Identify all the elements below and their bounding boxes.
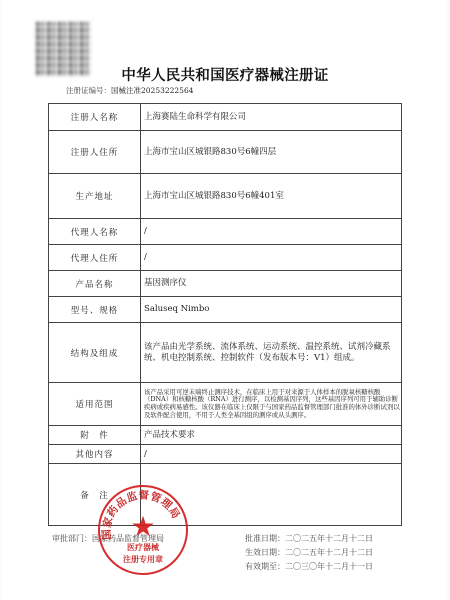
row-value: 该产品采用可逆末端终止测序技术，在临床上用于对来源于人体样本的脱氧核糖核酸（DN…: [141, 383, 402, 426]
expiry-date-label: 有效期至：: [245, 562, 285, 571]
row-label: 生产地址: [49, 174, 141, 219]
row-value: 上海市宝山区城银路830号6幢四层: [141, 131, 402, 174]
registration-number: 注册证编号：国械注准20253222564: [66, 85, 194, 96]
table-row-agent-address: 代理人住所 /: [49, 245, 402, 271]
effective-date: 生效日期：二〇二五年十二月十二日: [245, 547, 373, 558]
approval-date-value: 二〇二五年十二月十二日: [285, 534, 373, 543]
row-value: /: [141, 245, 402, 271]
table-row-other: 其他内容 /: [49, 445, 402, 464]
row-label: 其他内容: [49, 445, 141, 464]
approval-date: 批准日期：二〇二五年十二月十二日: [245, 533, 373, 544]
registration-number-label: 注册证编号：: [66, 86, 111, 95]
row-label: 附 件: [49, 426, 141, 445]
star-icon: ★: [129, 513, 157, 541]
row-label: 结构及组成: [49, 323, 141, 383]
expiry-date: 有效期至：二〇三〇年十二月十一日: [245, 561, 373, 572]
table-row-model-spec: 型号、规格 Saluseq Nimbo: [49, 297, 402, 323]
row-value: 上海市宝山区城银路830号6幢401室: [141, 174, 402, 219]
expiry-date-value: 二〇三〇年十二月十一日: [285, 562, 373, 571]
row-value: /: [141, 445, 402, 464]
row-label: 适用范围: [49, 383, 141, 426]
approval-department-label: 审批部门：: [52, 534, 92, 543]
row-value: 产品技术要求: [141, 426, 402, 445]
registration-number-value: 国械注准20253222564: [111, 86, 194, 95]
effective-date-label: 生效日期：: [245, 548, 285, 557]
row-value: 上海赛陆生命科学有限公司: [141, 104, 402, 131]
row-value: 该产品由光学系统、流体系统、运动系统、温控系统、试剂冷藏系统、机电控制系统、控制…: [141, 323, 402, 383]
effective-date-value: 二〇二五年十二月十二日: [285, 548, 373, 557]
table-row-structure: 结构及组成 该产品由光学系统、流体系统、运动系统、温控系统、试剂冷藏系统、机电控…: [49, 323, 402, 383]
table-row-production-address: 生产地址 上海市宝山区城银路830号6幢401室: [49, 174, 402, 219]
official-seal: 国家药品监督管理局 ★ 医疗器械 注册专用章: [98, 485, 188, 575]
table-row-product-name: 产品名称 基因测序仪: [49, 271, 402, 297]
row-label: 代理人名称: [49, 219, 141, 245]
row-value: 基因测序仪: [141, 271, 402, 297]
row-label: 注册人住所: [49, 131, 141, 174]
row-label: 产品名称: [49, 271, 141, 297]
table-row-registrant-name: 注册人名称 上海赛陆生命科学有限公司: [49, 104, 402, 131]
table-row-attachment: 附 件 产品技术要求: [49, 426, 402, 445]
table-row-agent-name: 代理人名称 /: [49, 219, 402, 245]
row-label: 注册人名称: [49, 104, 141, 131]
row-value: Saluseq Nimbo: [141, 297, 402, 323]
table-row-registrant-address: 注册人住所 上海市宝山区城银路830号6幢四层: [49, 131, 402, 174]
table-row-scope: 适用范围 该产品采用可逆末端终止测序技术，在临床上用于对来源于人体样本的脱氧核糖…: [49, 383, 402, 426]
seal-line-2: 注册专用章: [100, 554, 186, 565]
certificate-table: 注册人名称 上海赛陆生命科学有限公司 注册人住所 上海市宝山区城银路830号6幢…: [48, 103, 402, 526]
row-label: 型号、规格: [49, 297, 141, 323]
row-label: 代理人住所: [49, 245, 141, 271]
certificate-title: 中华人民共和国医疗器械注册证: [0, 64, 450, 85]
row-value: /: [141, 219, 402, 245]
approval-date-label: 批准日期：: [245, 534, 285, 543]
seal-line-1: 医疗器械: [100, 542, 186, 553]
